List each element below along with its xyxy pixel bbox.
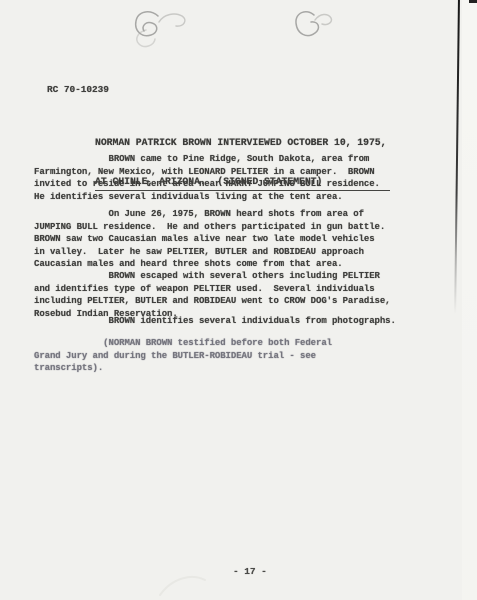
file-reference-number: RC 70-10239 [47,84,109,97]
pencil-scribble-left-tail [137,30,155,46]
document-page: RC 70-10239 NORMAN PATRICK BROWN INTERVI… [0,0,477,600]
pencil-scribble-right-loop [296,12,319,36]
body-paragraph: On June 26, 1975, BROWN heard shots from… [34,208,385,271]
pencil-scribble-left-loop [136,12,158,36]
scan-edge-strip [462,0,477,600]
pencil-scribble-marks [0,0,477,60]
annotation-paragraph-faint: (NORMAN BROWN testified before both Fede… [34,337,332,375]
body-paragraph: BROWN identifies several individuals fro… [34,315,396,328]
document-title-line1: NORMAN PATRICK BROWN INTERVIEWED OCTOBER… [95,137,390,150]
scan-smudge-arc [160,577,205,595]
scan-smudge [0,540,477,600]
body-paragraph: BROWN escaped with several others includ… [34,270,391,320]
pencil-scribble-left-hook [159,14,185,26]
body-paragraph: BROWN came to Pine Ridge, South Dakota, … [34,153,380,203]
